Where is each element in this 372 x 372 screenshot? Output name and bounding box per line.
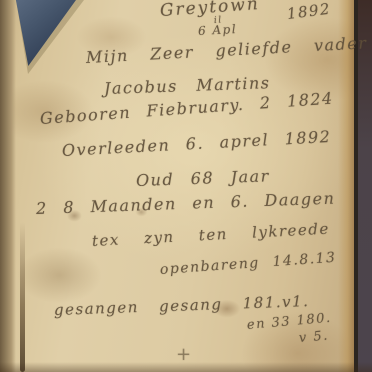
handwriting-line-age-years: Oud 68 Jaar — [136, 166, 270, 190]
handwriting-line-dedication: Mijn Zeer geliefde vader — [86, 33, 368, 67]
handwriting-line-scripture: openbareng 14.8.13 — [159, 250, 337, 278]
book-right-edge — [358, 0, 372, 372]
pencil-cross-mark: + — [176, 344, 193, 365]
handwriting-line-funeral-text: tex zyn ten lykreede — [92, 220, 331, 250]
page-edge-stain — [338, 0, 355, 372]
page-crease — [20, 222, 25, 372]
handwriting-place: Greytown — [159, 0, 260, 21]
handwriting-line-died: Overleeden 6. aprel 1892 — [62, 127, 332, 160]
book-page-photo: Greytown 1892 il 6 Apl Mijn Zeer geliefd… — [0, 0, 372, 372]
handwriting-year: 1892 — [286, 0, 332, 23]
book-left-edge — [0, 0, 16, 372]
cover-corner-triangle — [14, 0, 76, 66]
handwriting-line-age-months-days: 2 8 Maanden en 6. Daagen — [36, 189, 336, 218]
handwriting-line-hymns-verse: v 5. — [298, 328, 329, 346]
handwriting-date: 6 Apl — [198, 22, 238, 38]
